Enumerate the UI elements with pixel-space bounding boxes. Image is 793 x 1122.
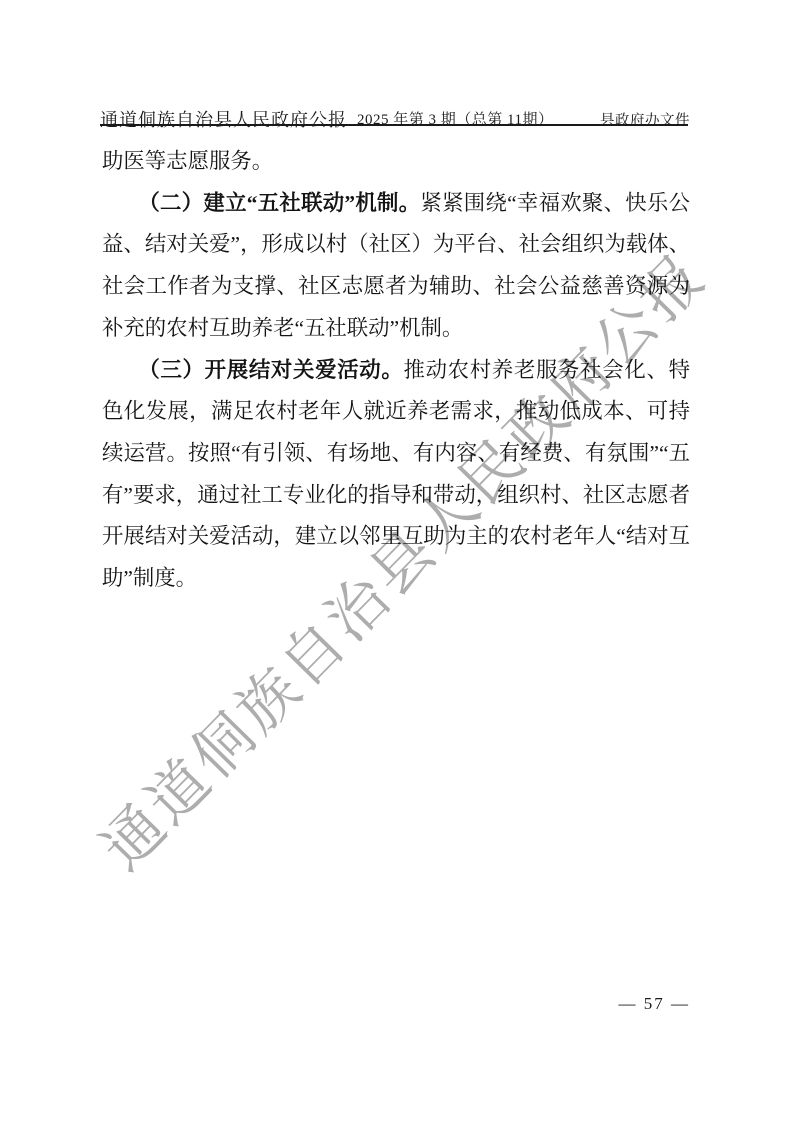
page-number: — 57 — xyxy=(619,994,691,1014)
paragraph-section-2: （二）建立“五社联动”机制。紧紧围绕“幸福欢聚、快乐公益、结对关爱”，形成以村（… xyxy=(102,183,690,350)
header-doc-category: 县政府办文件 xyxy=(600,109,690,130)
header-publication-title: 通道侗族自治县人民政府公报 xyxy=(100,106,347,132)
paragraph-continuation-text: 助医等志愿服务。 xyxy=(102,149,273,173)
document-body: 助医等志愿服务。 （二）建立“五社联动”机制。紧紧围绕“幸福欢聚、快乐公益、结对… xyxy=(102,141,690,600)
section-2-heading: （二）建立“五社联动”机制。 xyxy=(138,191,420,215)
section-3-text: 推动农村养老服务社会化、特色化发展，满足农村老年人就近养老需求，推动低成本、可持… xyxy=(102,358,690,591)
section-3-heading: （三）开展结对关爱活动。 xyxy=(138,358,403,382)
gazette-page: { "header": { "left": "通道侗族自治县人民政府公报", "… xyxy=(0,0,793,1122)
header-rule xyxy=(100,124,688,126)
paragraph-section-3: （三）开展结对关爱活动。推动农村养老服务社会化、特色化发展，满足农村老年人就近养… xyxy=(102,350,690,600)
paragraph-continuation: 助医等志愿服务。 xyxy=(102,141,690,183)
